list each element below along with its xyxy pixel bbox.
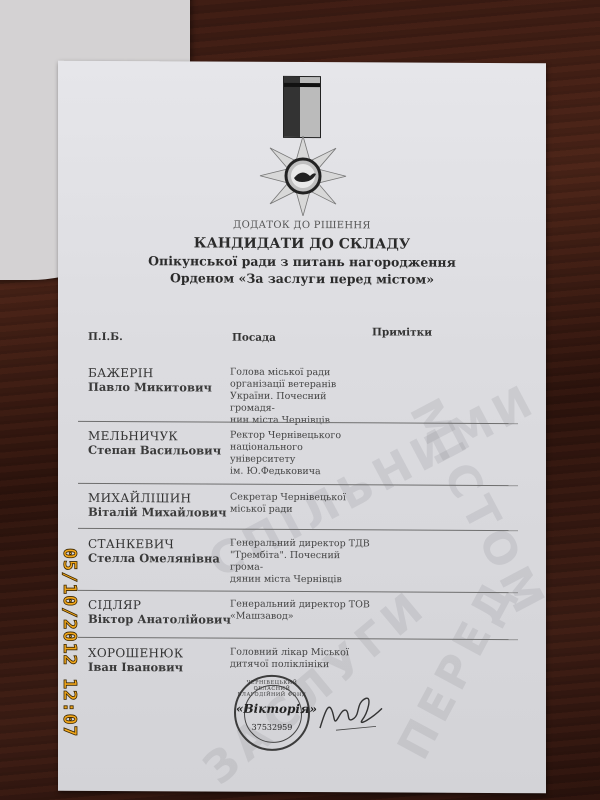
- order-medal-icon: [258, 76, 348, 206]
- position-line: дитячої поліклініки: [230, 659, 370, 672]
- stamp-code: 37532959: [236, 723, 308, 732]
- candidate-position: Ректор Чернівецькогонаціонального універ…: [230, 430, 370, 479]
- candidate-position: Голова міської радиорганізації ветеранів…: [230, 367, 370, 428]
- official-stamp: ЧЕРНІВЕЦЬКИЙ ОБЛАСНИЙ БЛАГОДІЙНИЙ ФОНД «…: [234, 675, 310, 751]
- candidate-given-names: Іван Іванович: [88, 660, 183, 674]
- position-line: міської ради: [230, 504, 370, 517]
- document-page: СПІЛЬНИМИ ЗУСИЛЛЯМИ МІСТОМ ЗАСЛУГИ ПЕРЕД…: [58, 61, 546, 794]
- candidate-surname: СТАНКЕВИЧ: [88, 537, 174, 551]
- medal-ribbon: [283, 76, 321, 138]
- table-row: СТАНКЕВИЧСтелла ОмелянівнаГенеральний ди…: [88, 537, 518, 539]
- candidate-position: Секретар Чернівецькоїміської ради: [230, 492, 370, 517]
- table-row: СІДЛЯРВіктор АнатолійовичГенеральний дир…: [88, 598, 518, 600]
- column-header-notes: Примітки: [372, 326, 432, 338]
- candidate-given-names: Стелла Омелянівна: [88, 551, 220, 566]
- position-line: Ректор Чернівецького: [230, 430, 370, 443]
- candidate-surname: БАЖЕРІН: [88, 366, 154, 380]
- position-line: Генеральний директор ТОВ: [230, 599, 370, 612]
- candidate-position: Генеральний директор ТДВ"Трембіта". Поче…: [230, 538, 370, 587]
- position-line: національного університету: [230, 442, 370, 467]
- position-line: Голова міської ради: [230, 367, 370, 380]
- row-divider: [78, 590, 518, 593]
- position-line: Секретар Чернівецької: [230, 492, 370, 505]
- camera-date-stamp: 05/10/2012 12:07: [59, 548, 80, 737]
- column-header-position: Посада: [232, 332, 276, 344]
- candidate-surname: СІДЛЯР: [88, 598, 141, 612]
- stamp-name: «Вікторія»: [236, 702, 308, 716]
- candidate-given-names: Віталій Михайлович: [88, 505, 227, 520]
- medal-star: [258, 136, 348, 216]
- position-line: "Трембіта". Почесний грома-: [230, 550, 370, 575]
- position-line: Головний лікар Міської: [230, 647, 370, 660]
- addendum-label: ДОДАТОК ДО РІШЕННЯ: [58, 219, 546, 233]
- position-line: дянин міста Чернівців: [230, 574, 370, 587]
- candidate-surname: ХОРОШЕНЮК: [88, 646, 184, 661]
- position-line: організації ветеранів: [230, 379, 370, 392]
- candidate-position: Головний лікар Міськоїдитячої поліклінік…: [230, 647, 370, 672]
- position-line: ім. Ю.Федьковича: [230, 466, 370, 479]
- candidate-surname: МИХАЙЛІШИН: [88, 491, 191, 506]
- candidate-surname: МЕЛЬНИЧУК: [88, 429, 178, 443]
- document-subtitle: Орденом «За заслуги перед містом»: [58, 270, 546, 288]
- document-title: КАНДИДАТИ ДО СКЛАДУ: [58, 235, 546, 254]
- table-row: БАЖЕРІНПавло МикитовичГолова міської рад…: [88, 366, 518, 368]
- candidate-position: Генеральний директор ТОВ«Машзавод»: [230, 599, 370, 624]
- candidate-given-names: Павло Микитович: [88, 380, 212, 395]
- candidate-given-names: Віктор Анатолійович: [88, 612, 231, 627]
- position-line: Генеральний директор ТДВ: [230, 538, 370, 551]
- column-header-name: П.І.Б.: [88, 331, 123, 343]
- document-subtitle: Опікунської ради з питань нагородження: [58, 253, 546, 271]
- position-line: України. Почесний громадя-: [230, 391, 370, 416]
- position-line: «Машзавод»: [230, 611, 370, 624]
- signature-icon: [316, 688, 386, 736]
- candidate-given-names: Степан Васильович: [88, 443, 221, 458]
